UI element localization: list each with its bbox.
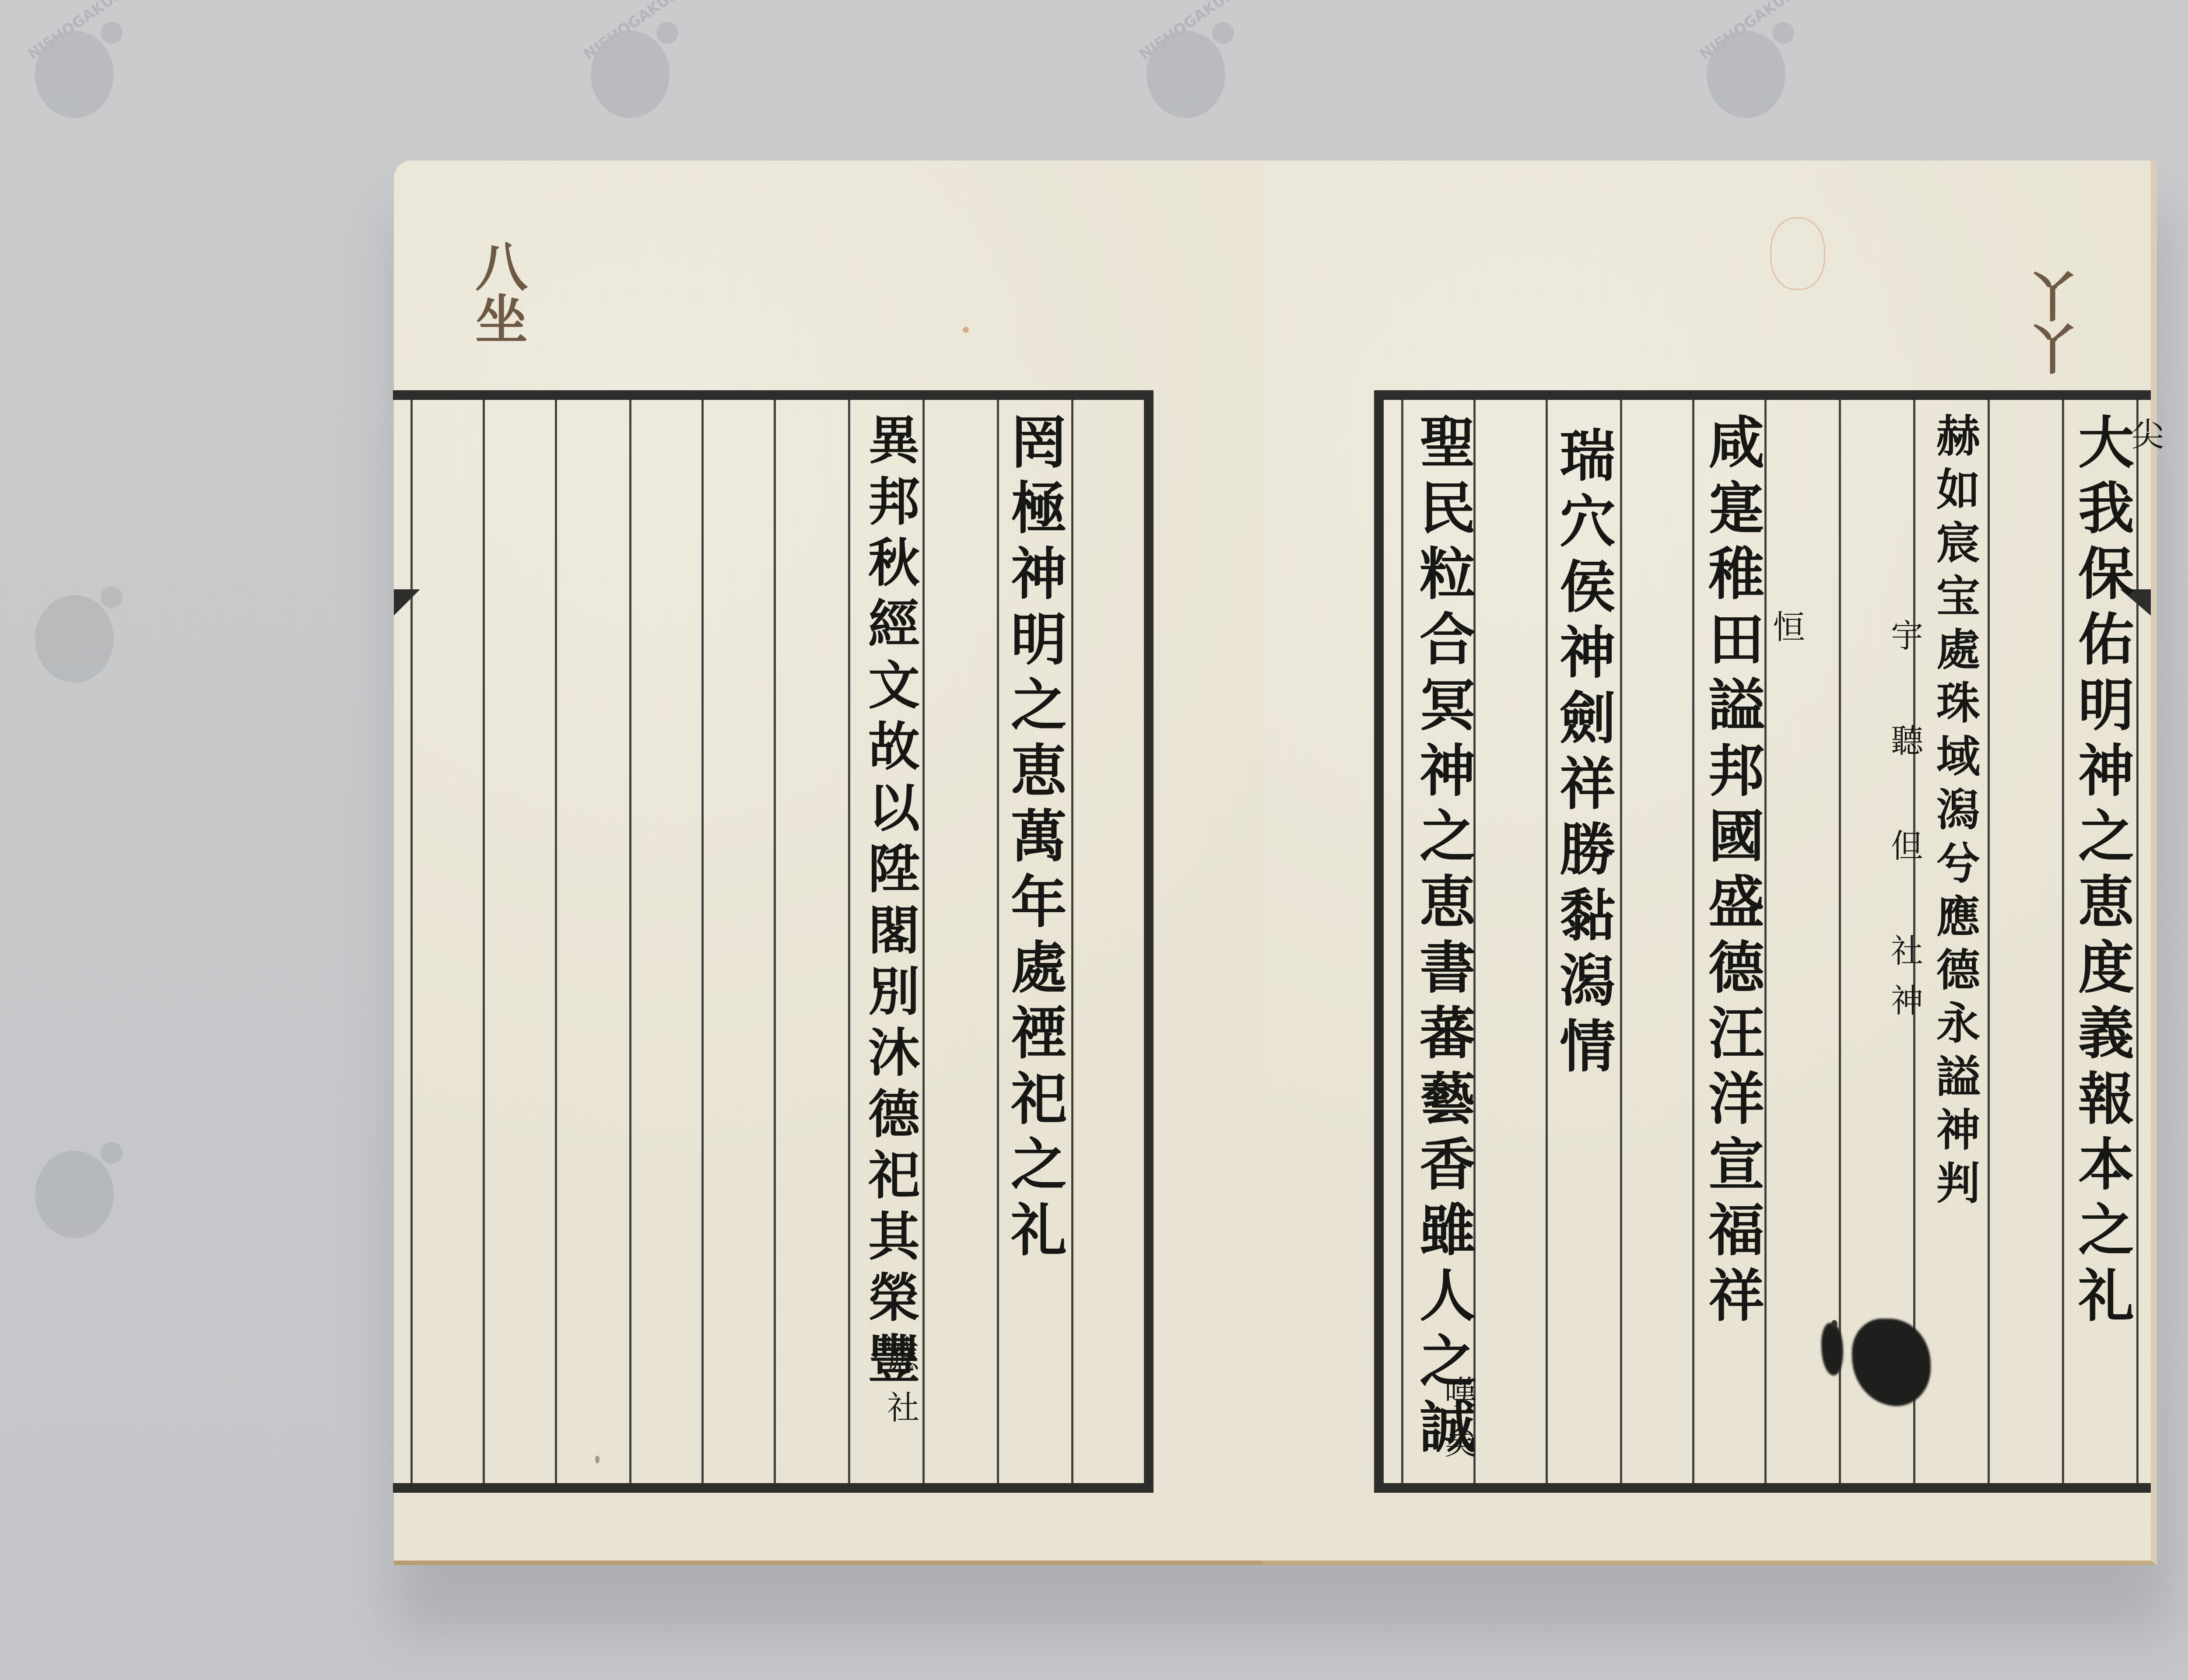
annotation-right-4: 恒 — [1769, 610, 1804, 660]
text-column-left-1: 罔極神明之恵萬年處禋祀之礼 — [1001, 413, 1067, 1266]
watermark-logo-icon — [26, 1137, 123, 1242]
right-page: 丫丫 大我保佑明神之恵度義報本之礼 尖 赫如宸宝處珠域潟兮應德永謚神判 宇 聽 … — [1262, 161, 2157, 1565]
text-column-left-2: 異邦秋經文故以陞閣別沐德祀其榮豐 — [857, 413, 922, 1393]
text-column-right-6: 聖民粒合冥神之恵書蕃藝香雖人之誠 — [1410, 413, 1476, 1463]
left-margin-note: 八坐 — [459, 239, 535, 344]
annotation-right-2: 宇 聽 但 社神 — [1887, 619, 1922, 1033]
right-print-frame: 大我保佑明神之恵度義報本之礼 尖 赫如宸宝處珠域潟兮應德永謚神判 宇 聽 但 社… — [1374, 390, 2151, 1493]
annotation-right-6: 嘆矣 — [1441, 1375, 1476, 1475]
left-print-frame: 罔極神明之恵萬年處禋祀之礼 異邦秋經文故以陞閣別沐德祀其榮豐 應社 — [393, 390, 1154, 1493]
watermark-logo-icon: NISHOGAKUSHA — [1698, 17, 1794, 122]
watermark-logo-icon — [26, 582, 123, 687]
watermark-logo-icon: NISHOGAKUSHA — [1138, 17, 1234, 122]
text-column-right-1: 大我保佑明神之恵度義報本之礼 — [2069, 413, 2134, 1332]
open-book: 八坐 罔極神明之恵萬年處禋祀之礼 異邦秋經文故以陞閣別沐德祀其榮豐 應社 丫丫 — [394, 161, 2151, 1561]
ink-blot — [1821, 1323, 1843, 1375]
text-column-right-4: 咸寔稚田謚邦國盛德汪洋宣福祥 — [1699, 413, 1764, 1332]
watermark-logo-icon: NISHOGAKUSHA — [26, 17, 123, 122]
right-margin-note: 丫丫 — [2011, 270, 2086, 375]
watermark-logo-icon: NISHOGAKUSHA — [582, 17, 678, 122]
ink-blot — [1852, 1319, 1931, 1406]
text-column-right-5: 瑞穴侯神劍祥勝黏潟情 — [1550, 426, 1616, 1082]
annotation-left-2: 應社 — [883, 1340, 918, 1440]
text-column-right-2: 赫如宸宝處珠域潟兮應德永謚神判 — [1918, 413, 1983, 1214]
annotation-right-1: 尖 — [2128, 417, 2163, 467]
left-page: 八坐 罔極神明之恵萬年處禋祀之礼 異邦秋經文故以陞閣別沐德祀其榮豐 應社 — [394, 161, 1262, 1565]
